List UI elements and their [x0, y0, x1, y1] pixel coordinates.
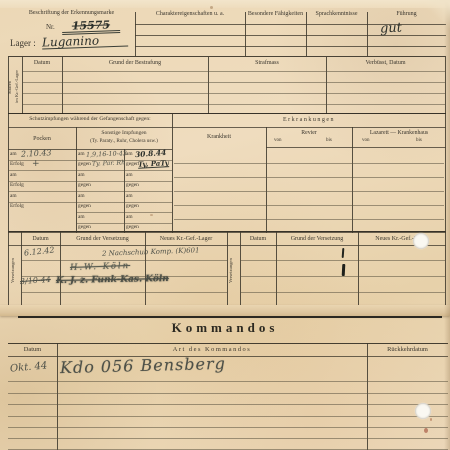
kommandos-col-rueckkehr: Rückkehrdatum — [367, 347, 448, 354]
pocken-am-2-label: am — [10, 173, 17, 179]
transfers-right-col-grund: Grund der Versetzung — [276, 236, 358, 242]
revier-von-label: von — [274, 138, 282, 143]
lager-label: Lager : — [10, 39, 36, 48]
subA-am-4-label: am — [78, 215, 85, 221]
transfer-entry-3-text: K. J. z. Funk-Kas. Köln — [56, 275, 169, 286]
subA-am-2-label: am — [78, 173, 85, 179]
lazarett-bis-label: bis — [416, 138, 422, 143]
subA-gegen-2-label: gegen — [78, 183, 91, 189]
vaccinations-illnesses-section: Schutzimpfungen während der Gefangenscha… — [8, 113, 446, 232]
subA-am-1-value: 1,9,16-10-43 — [86, 150, 127, 158]
ink-mark — [342, 264, 345, 276]
transfer-entry-2-text: H.W. Köln — [70, 262, 130, 273]
card-bottom-edge — [0, 305, 450, 316]
transfer-entry-1-datum: 6.12.42 — [24, 246, 55, 257]
subB-gegen-1-value: Ty, PaTy — [138, 159, 169, 169]
paper-top-edge — [0, 0, 450, 8]
vaccinations-col-sonstige-1: Sonstige Impfungen — [76, 131, 172, 137]
subA-gegen-4-label: gegen — [78, 225, 91, 231]
pow-record-card: Beschriftung der Erkennungsmarke Nr. 155… — [0, 0, 450, 450]
transfers-left-side-label: Versetzungen — [11, 242, 16, 300]
hole-punch — [413, 233, 429, 249]
special-skills-label: Besondere Fähigkeiten — [245, 11, 306, 17]
subB-gegen-4-label: gegen — [126, 225, 139, 231]
subA-gegen-3-label: gegen — [78, 204, 91, 210]
hole-punch — [415, 403, 431, 419]
transfers-right-col-datum: Datum — [240, 236, 276, 242]
kommandos-table: Datum Art des Kommandos Rückkehrdatum Ok… — [8, 341, 448, 450]
kommandos-title: Kommandos — [0, 321, 450, 335]
punishments-side-label-2: im Kr.-Gef.-Lager — [15, 61, 20, 113]
subA-gegen-1-label: gegen — [78, 162, 91, 168]
stain-speck — [150, 214, 153, 216]
pocken-erfolg-3-label: Erfolg — [10, 204, 24, 210]
illnesses-col-revier: Revier — [266, 130, 352, 136]
transfers-left-col-neues: Neues Kr.-Gef.-Lager — [145, 236, 227, 242]
paper-corner-tear — [424, 0, 450, 30]
paper-right-edge — [444, 0, 450, 450]
pocken-am-3-label: am — [10, 194, 17, 200]
nr-value-handwritten: 15575 — [62, 19, 120, 35]
transfers-left-col-datum: Datum — [21, 236, 60, 242]
pocken-erfolg-2-label: Erfolg — [10, 183, 24, 189]
subA-gegen-1-value: Ty. Par. Rh — [92, 160, 125, 167]
pocken-erfolg-1-value: + — [32, 160, 40, 169]
transfers-right-side-label: Versetzungen — [229, 242, 234, 300]
punishments-col-strafmass: Strafmass — [208, 60, 326, 66]
punishments-col-datum: Datum — [22, 60, 62, 66]
transfers-right-col-neues: Neues Kr.-Gef.-Lager — [358, 236, 445, 242]
pocken-am-1-label: am — [10, 152, 17, 158]
subB-gegen-3-label: gegen — [126, 204, 139, 210]
stain-speck — [430, 418, 432, 421]
transfers-section: Versetzungen Datum Grund der Versetzung … — [8, 232, 446, 307]
pocken-erfolg-1-label: Erfolg — [10, 162, 24, 168]
subB-gegen-2-label: gegen — [126, 183, 139, 189]
transfers-left-col-grund: Grund der Versetzung — [60, 236, 145, 242]
stain-speck — [424, 428, 428, 433]
punishments-col-grund: Grund der Bestrafung — [62, 60, 208, 66]
ink-mark — [342, 248, 345, 258]
subB-am-4-label: am — [126, 215, 133, 221]
revier-bis-label: bis — [326, 138, 332, 143]
kommandos-col-datum: Datum — [8, 347, 57, 354]
vaccinations-title: Schutzimpfungen während der Gefangenscha… — [8, 117, 172, 123]
subB-am-3-label: am — [126, 194, 133, 200]
conduct-value-handwritten: gut — [380, 21, 403, 35]
lazarett-von-label: von — [362, 138, 370, 143]
illnesses-col-lazarett: Lazarett — Krankenhaus — [352, 130, 446, 136]
subA-am-1-label: am — [78, 152, 85, 158]
punishments-col-verbuesst: Verbüsst, Datum — [326, 60, 445, 66]
vaccinations-col-sonstige-2: (Ty. Paraty., Ruhr, Cholera usw.) — [76, 139, 172, 144]
nr-label: Nr. — [46, 24, 55, 31]
kommando-entry-1-datum: Okt. 44 — [10, 361, 48, 374]
kommando-entry-1-art: Kdo 056 Bensberg — [60, 356, 226, 376]
language-skills-label: Sprachkenntnisse — [306, 11, 367, 17]
lager-value-handwritten: Luganino — [42, 34, 128, 50]
vaccinations-col-pocken: Pocken — [8, 136, 76, 142]
transfer-entry-3-datum: 3/10-44 — [20, 276, 51, 286]
stain-speck — [210, 6, 213, 9]
transfer-entry-1-text: 2 Nachschub Komp. (K)601 — [102, 247, 200, 257]
character-traits-label: Charaktereigenschaften u. a. — [135, 11, 245, 17]
header-table: Beschriftung der Erkennungsmarke Nr. 155… — [8, 8, 446, 56]
kommandos-col-art: Art des Kommandos — [57, 347, 367, 354]
subA-am-3-label: am — [78, 194, 85, 200]
subB-am-1-value: 30.8.44 — [135, 149, 167, 159]
punishments-side-label-1: Strafen — [8, 65, 13, 111]
tag-number-label: Beschriftung der Erkennungsmarke — [8, 10, 135, 16]
punishments-table: Strafen im Kr.-Gef.-Lager Datum Grund de… — [8, 56, 446, 113]
illnesses-col-krankheit: Krankheit — [172, 134, 266, 140]
pocken-am-1-value: 2.10.43 — [21, 149, 52, 159]
illnesses-title: Erkrankungen — [172, 117, 446, 123]
subB-am-2-label: am — [126, 173, 133, 179]
kommandos-top-rule — [18, 316, 442, 318]
